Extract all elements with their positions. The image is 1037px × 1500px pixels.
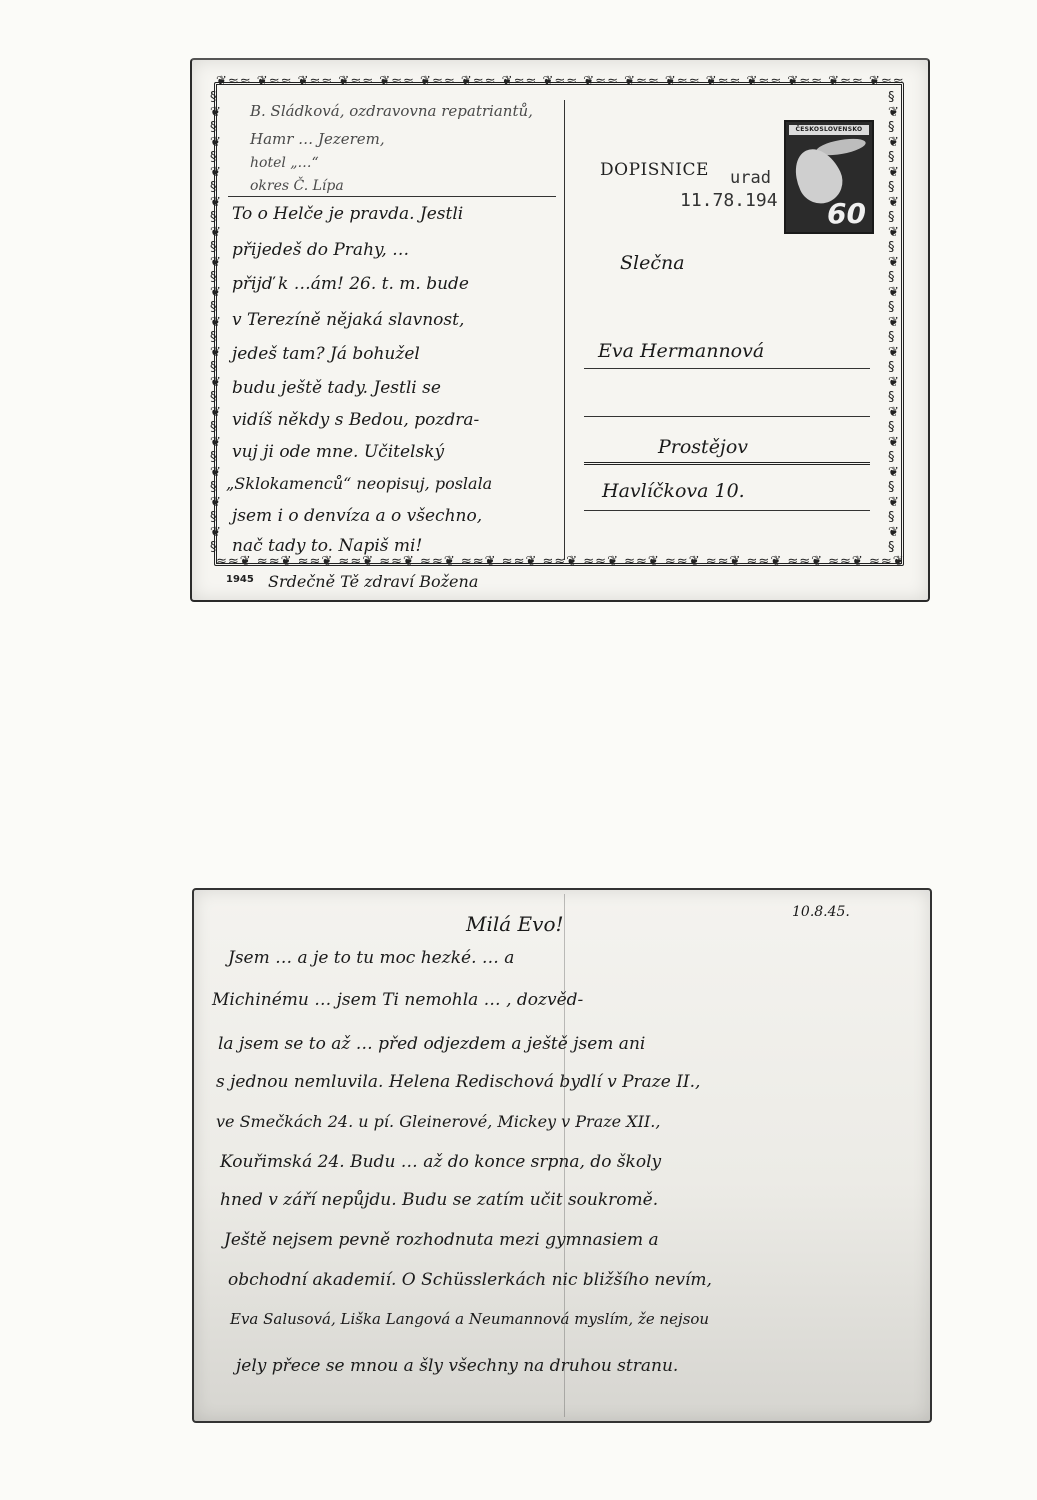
year-mark: 1945 xyxy=(226,574,254,585)
border-ornament-bottom: ≈≈❦ ≈≈❦ ≈≈❦ ≈≈❦ ≈≈❦ ≈≈❦ ≈≈❦ ≈≈❦ ≈≈❦ ≈≈❦ … xyxy=(216,554,906,570)
sender-line: Hamr … Jezerem, xyxy=(250,130,385,148)
address-line xyxy=(584,368,870,369)
message-line: jsem i o denvíza a o všechno, xyxy=(232,506,482,526)
address-line xyxy=(584,416,870,417)
postmark-date: 11.78.194 xyxy=(680,190,778,211)
message-line: budu ještě tady. Jestli se xyxy=(232,378,441,398)
recipient-salutation: Slečna xyxy=(620,252,685,274)
letter-line: Ještě nejsem pevně rozhodnuta mezi gymna… xyxy=(224,1230,659,1250)
letter-line: s jednou nemluvila. Helena Redischová by… xyxy=(216,1072,700,1092)
border-ornament-right: §❦§❦§❦§❦§❦§❦§❦§❦§❦§❦§❦§❦§❦§❦§❦§❦§❦§❦§❦§❦… xyxy=(888,90,902,555)
postcard-back: 10.8.45. Milá Evo! Jsem … a je to tu moc… xyxy=(192,888,932,1423)
sender-line: B. Sládková, ozdravovna repatriantů, xyxy=(250,102,533,120)
message-line: přijď k …ám! 26. t. m. bude xyxy=(232,274,469,294)
letter-line: obchodní akademií. O Schüsslerkách nic b… xyxy=(228,1270,712,1290)
message-address-divider xyxy=(564,100,565,560)
address-line xyxy=(584,510,870,511)
card-label: DOPISNICE xyxy=(600,160,709,180)
sender-line: okres Č. Lípa xyxy=(250,178,344,194)
address-line-city xyxy=(584,462,870,465)
recipient-city: Prostějov xyxy=(658,436,748,458)
letter-line: jely přece se mnou a šly všechny na druh… xyxy=(236,1356,678,1376)
letter-line: hned v září nepůjdu. Budu se zatím učit … xyxy=(220,1190,658,1210)
letter-line: Kouřimská 24. Budu … až do konce srpna, … xyxy=(220,1152,661,1172)
message-line: v Terezíně nějaká slavnost, xyxy=(232,310,464,330)
message-line: „Sklokamenců“ neopisuj, poslala xyxy=(226,474,492,493)
postmark-word: urad xyxy=(730,168,771,188)
message-line: vuj ji ode mne. Učitelský xyxy=(232,442,444,462)
sender-line: hotel „…“ xyxy=(250,155,319,171)
message-line: To o Helče je pravda. Jestli xyxy=(232,204,463,224)
message-line: jedeš tam? Já bohužel xyxy=(232,344,420,364)
message-line: přijedeš do Prahy, … xyxy=(232,240,409,260)
letter-date: 10.8.45. xyxy=(792,904,850,920)
letter-line: la jsem se to až … před odjezdem a ještě… xyxy=(218,1034,645,1054)
letter-line: Michinému … jsem Ti nemohla … , dozvěd- xyxy=(212,990,583,1010)
letter-greeting: Milá Evo! xyxy=(466,912,564,936)
postcard-front: ❦≈≈ ❦≈≈ ❦≈≈ ❦≈≈ ❦≈≈ ❦≈≈ ❦≈≈ ❦≈≈ ❦≈≈ ❦≈≈ … xyxy=(190,58,930,602)
sender-underline xyxy=(228,196,556,197)
recipient-street: Havlíčkova 10. xyxy=(602,480,745,502)
postage-stamp: ČESKOSLOVENSKO 60 xyxy=(784,120,874,234)
stamp-country: ČESKOSLOVENSKO xyxy=(789,125,869,135)
recipient-name: Eva Hermannová xyxy=(598,340,764,362)
message-line: vidíš někdy s Bedou, pozdra- xyxy=(232,410,479,430)
letter-line: Jsem … a je to tu moc hezké. … a xyxy=(228,948,514,968)
message-line: nač tady to. Napiš mi! xyxy=(232,536,422,556)
signature: Srdečně Tě zdraví Božena xyxy=(268,572,478,591)
border-ornament-left: §❦§❦§❦§❦§❦§❦§❦§❦§❦§❦§❦§❦§❦§❦§❦§❦§❦§❦§❦§❦… xyxy=(210,90,224,555)
stamp-value: 60 xyxy=(827,197,866,230)
letter-line: ve Smečkách 24. u pí. Gleinerové, Mickey… xyxy=(216,1112,660,1131)
border-ornament-top: ❦≈≈ ❦≈≈ ❦≈≈ ❦≈≈ ❦≈≈ ❦≈≈ ❦≈≈ ❦≈≈ ❦≈≈ ❦≈≈ … xyxy=(216,74,906,90)
letter-line: Eva Salusová, Liška Langová a Neumannová… xyxy=(230,1310,709,1328)
